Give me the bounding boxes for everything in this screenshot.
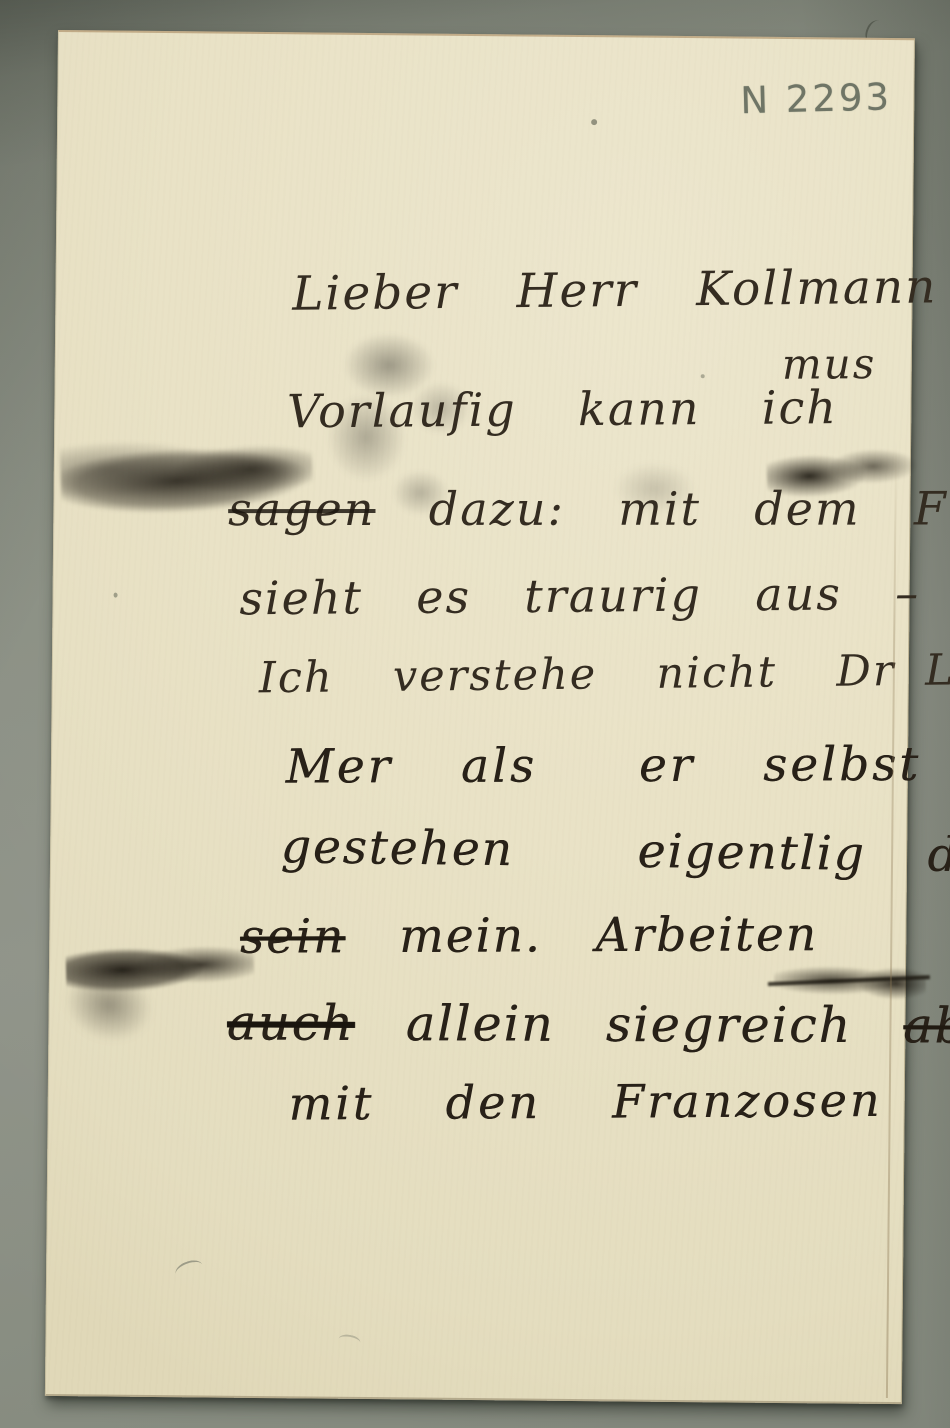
scan-background: N 2293 Lieber Herr Kollmann ! Vorlaufig …	[0, 0, 950, 1428]
salutation-text: Lieber Herr Kollmann !	[292, 259, 950, 322]
paper-speck	[591, 119, 597, 125]
pencil-stray-mark	[338, 1333, 362, 1349]
paper-speck	[701, 374, 705, 378]
inserted-word: mus	[782, 339, 877, 389]
handwritten-line-10: mit den Franzosen stehen,	[74, 1017, 950, 1186]
letter-page: N 2293 Lieber Herr Kollmann ! Vorlaufig …	[45, 30, 915, 1404]
paper-speck	[114, 593, 118, 598]
line-10-text: mit den Franzosen stehen,	[288, 1071, 950, 1130]
pencil-stray-mark	[173, 1257, 205, 1281]
archive-number: N 2293	[740, 75, 893, 122]
